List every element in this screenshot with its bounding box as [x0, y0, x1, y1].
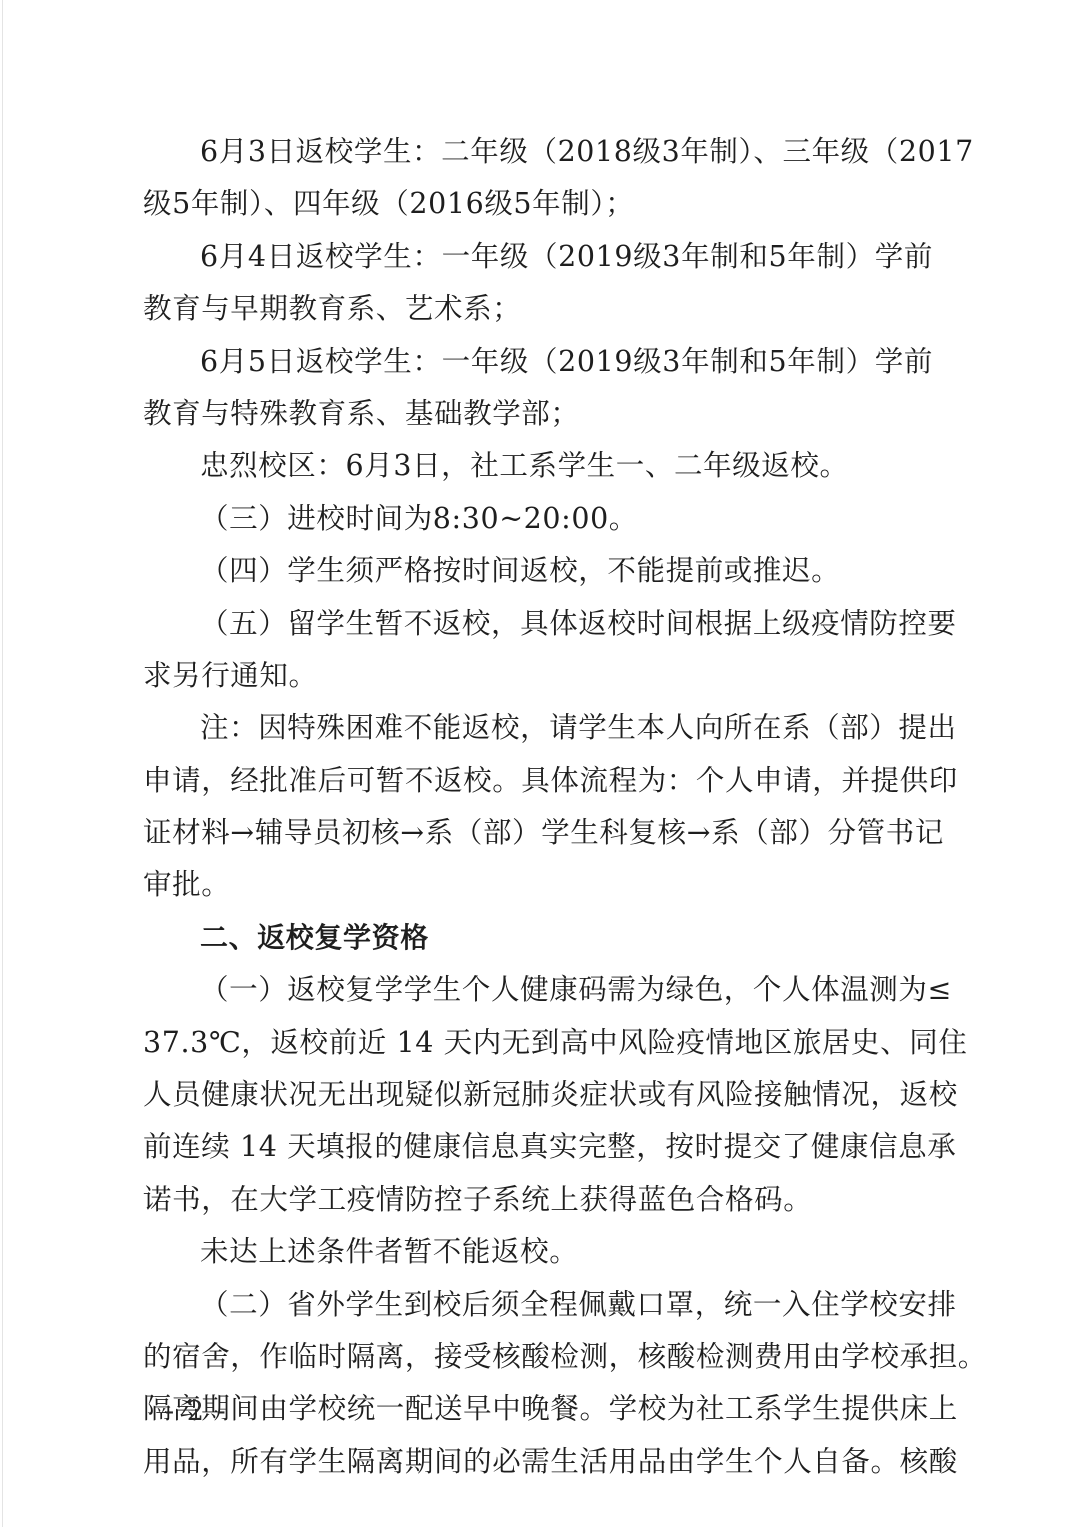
text-line: 的宿舍，作临时隔离，接受核酸检测，核酸检测费用由学校承担。	[143, 1331, 933, 1383]
text-line: 审批。	[143, 859, 933, 911]
text-line: 教育与特殊教育系、基础教学部；	[143, 388, 933, 440]
scan-border	[2, 0, 3, 1527]
text-line: 求另行通知。	[143, 650, 933, 702]
text-line: 6月4日返校学生：一年级（2019级3年制和5年制）学前	[143, 231, 933, 283]
document-body: 6月3日返校学生：二年级（2018级3年制）、三年级（2017 级5年制）、四年…	[143, 126, 933, 1488]
text-line: 申请，经批准后可暂不返校。具体流程为：个人申请，并提供印	[143, 755, 933, 807]
text-line: 用品，所有学生隔离期间的必需生活用品由学生个人自备。核酸	[143, 1436, 933, 1488]
section-heading: 二、返校复学资格	[143, 912, 933, 964]
text-line: 证材料→辅导员初核→系（部）学生科复核→系（部）分管书记	[143, 807, 933, 859]
text-line: （一）返校复学学生个人健康码需为绿色，个人体温测为≤	[143, 964, 933, 1016]
text-line: 人员健康状况无出现疑似新冠肺炎症状或有风险接触情况，返校	[143, 1069, 933, 1121]
page-number: - 2 -	[165, 1396, 228, 1427]
text-line: 37.3℃，返校前近 14 天内无到高中风险疫情地区旅居史、同住	[143, 1017, 933, 1069]
text-line: 隔离期间由学校统一配送早中晚餐。学校为社工系学生提供床上	[143, 1383, 933, 1435]
text-line: 前连续 14 天填报的健康信息真实完整，按时提交了健康信息承	[143, 1121, 933, 1173]
text-line: 级5年制）、四年级（2016级5年制）；	[143, 178, 933, 230]
text-line: 注：因特殊困难不能返校，请学生本人向所在系（部）提出	[143, 702, 933, 754]
text-line: 忠烈校区：6月3日，社工系学生一、二年级返校。	[143, 440, 933, 492]
text-line: 诺书，在大学工疫情防控子系统上获得蓝色合格码。	[143, 1174, 933, 1226]
text-line: （五）留学生暂不返校，具体返校时间根据上级疫情防控要	[143, 598, 933, 650]
text-line: 教育与早期教育系、艺术系；	[143, 283, 933, 335]
text-line: （四）学生须严格按时间返校，不能提前或推迟。	[143, 545, 933, 597]
text-line: 6月3日返校学生：二年级（2018级3年制）、三年级（2017	[143, 126, 933, 178]
text-line: （二）省外学生到校后须全程佩戴口罩，统一入住学校安排	[143, 1279, 933, 1331]
text-line: 未达上述条件者暂不能返校。	[143, 1226, 933, 1278]
text-line: （三）进校时间为8:30~20:00。	[143, 493, 933, 545]
text-line: 6月5日返校学生：一年级（2019级3年制和5年制）学前	[143, 336, 933, 388]
